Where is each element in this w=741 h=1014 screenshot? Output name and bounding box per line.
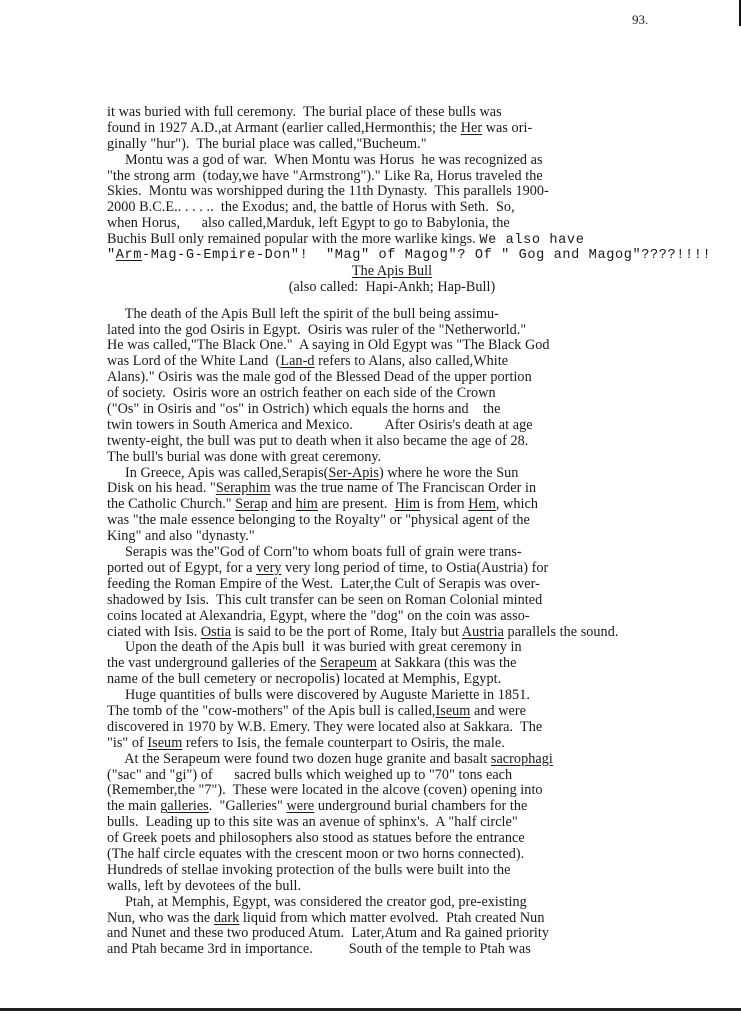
text-segment: is from bbox=[420, 496, 468, 512]
text-segment: -Mag-G-Empire-Don"! "Mag" of Magog"? Of … bbox=[142, 248, 711, 263]
text-segment: underground burial chambers for the bbox=[314, 798, 527, 814]
text-segment: and were bbox=[470, 703, 526, 719]
text-segment: walls, left by devotees of the bull. bbox=[107, 878, 301, 894]
text-line: walls, left by devotees of the bull. bbox=[107, 879, 737, 895]
text-segment: Hundreds of stellae invoking protection … bbox=[107, 862, 511, 878]
text-segment: are present. bbox=[318, 496, 395, 512]
underlined-term: Iseum bbox=[435, 703, 470, 719]
text-line: Skies. Montu was worshipped during the 1… bbox=[107, 184, 737, 200]
text-line: of society. Osiris wore an ostrich feath… bbox=[107, 386, 737, 402]
text-line: the vast underground galleries of the Se… bbox=[107, 656, 737, 672]
text-segment: it was buried with full ceremony. The bu… bbox=[107, 104, 502, 120]
underlined-term: Arm bbox=[116, 248, 142, 263]
text-line: ("Os" in Osiris and "os" in Ostrich) whi… bbox=[107, 402, 737, 418]
underlined-term: Ser-Apis bbox=[328, 465, 379, 481]
text-line: Nun, who was the dark liquid from which … bbox=[107, 911, 737, 927]
text-segment: was Lord of the White Land ( bbox=[107, 353, 280, 369]
text-segment: at Sakkara (this was the bbox=[377, 655, 517, 671]
underlined-term: Hem bbox=[468, 496, 496, 512]
text-line: found in 1927 A.D.,at Armant (earlier ca… bbox=[107, 121, 737, 137]
text-segment: ) where he wore the Sun bbox=[379, 465, 518, 481]
text-segment: (also called: Hapi-Ankh; Hap-Bull) bbox=[289, 279, 496, 295]
text-line: ciated with Isis. Ostia is said to be th… bbox=[107, 625, 737, 641]
text-line: ("sac" and "gi") of sacred bulls which w… bbox=[107, 768, 737, 784]
text-segment: We also have bbox=[479, 233, 584, 248]
underlined-term: Iseum bbox=[147, 735, 182, 751]
text-segment: ginally "hur"). The burial place was cal… bbox=[107, 136, 427, 152]
text-line: Huge quantities of bulls were discovered… bbox=[107, 688, 737, 704]
text-segment: name of the bull cemetery or necropolis)… bbox=[107, 671, 501, 687]
text-segment: refers to Alans, also called,White bbox=[315, 353, 509, 369]
text-segment: twenty-eight, the bull was put to death … bbox=[107, 433, 528, 449]
text-line: feeding the Roman Empire of the West. La… bbox=[107, 577, 737, 593]
text-line: In Greece, Apis was called,Serapis(Ser-A… bbox=[107, 466, 737, 482]
text-line: At the Serapeum were found two dozen hug… bbox=[107, 752, 737, 768]
underlined-term: Him bbox=[395, 496, 420, 512]
text-segment: very long period of time, to Ostia(Austr… bbox=[282, 560, 549, 576]
text-line: The death of the Apis Bull left the spir… bbox=[107, 307, 737, 323]
text-line: He was called,"The Black One." A saying … bbox=[107, 338, 737, 354]
text-segment: Upon the death of the Apis bull it was b… bbox=[107, 639, 522, 655]
text-segment: "is" of bbox=[107, 735, 147, 751]
text-line: Ptah, at Memphis, Egypt, was considered … bbox=[107, 895, 737, 911]
text-segment: twin towers in South America and Mexico.… bbox=[107, 417, 533, 433]
text-segment: (Remember,the "7"). These were located i… bbox=[107, 782, 543, 798]
section-heading: (also called: Hapi-Ankh; Hap-Bull) bbox=[107, 280, 737, 296]
text-segment: The bull's burial was done with great ce… bbox=[107, 449, 381, 465]
text-segment: Ptah, at Memphis, Egypt, was considered … bbox=[107, 894, 527, 910]
text-segment: found in 1927 A.D.,at Armant (earlier ca… bbox=[107, 120, 461, 136]
text-segment: (The half circle equates with the cresce… bbox=[107, 846, 524, 862]
page-number: 93. bbox=[632, 12, 648, 28]
text-line: twenty-eight, the bull was put to death … bbox=[107, 434, 737, 450]
text-segment: In Greece, Apis was called,Serapis( bbox=[107, 465, 328, 481]
underlined-term: Austria bbox=[462, 624, 504, 640]
text-line: coins located at Alexandria, Egypt, wher… bbox=[107, 609, 737, 625]
text-segment: the main bbox=[107, 798, 160, 814]
underlined-term: Lan-d bbox=[280, 353, 314, 369]
text-line: (Remember,the "7"). These were located i… bbox=[107, 783, 737, 799]
text-segment: ciated with Isis. bbox=[107, 624, 201, 640]
text-segment: is said to be the port of Rome, Italy bu… bbox=[231, 624, 462, 640]
text-line: the main galleries. "Galleries" were und… bbox=[107, 799, 737, 815]
text-segment: Skies. Montu was worshipped during the 1… bbox=[107, 183, 549, 199]
text-segment: ported out of Egypt, for a bbox=[107, 560, 256, 576]
text-line: and Ptah became 3rd in importance. South… bbox=[107, 942, 737, 958]
underlined-term: Ostia bbox=[201, 624, 231, 640]
text-segment: The death of the Apis Bull left the spir… bbox=[107, 306, 499, 322]
text-line: Hundreds of stellae invoking protection … bbox=[107, 863, 737, 879]
text-line: discovered in 1970 by W.B. Emery. They w… bbox=[107, 720, 737, 736]
text-line: The bull's burial was done with great ce… bbox=[107, 450, 737, 466]
text-line: "the strong arm (today,we have "Armstron… bbox=[107, 169, 737, 185]
text-line: Serapis was the"God of Corn"to whom boat… bbox=[107, 545, 737, 561]
text-line: shadowed by Isis. This cult transfer can… bbox=[107, 593, 737, 609]
scan-bottom-rule bbox=[0, 1008, 741, 1011]
text-segment: Huge quantities of bulls were discovered… bbox=[107, 687, 530, 703]
text-segment: The tomb of the "cow-mothers" of the Api… bbox=[107, 703, 435, 719]
text-segment: Montu was a god of war. When Montu was H… bbox=[107, 152, 543, 168]
text-segment: "the strong arm (today,we have "Armstron… bbox=[107, 168, 543, 184]
text-line: "is" of Iseum refers to Isis, the female… bbox=[107, 736, 737, 752]
text-segment: . "Galleries" bbox=[209, 798, 287, 814]
text-segment: feeding the Roman Empire of the West. La… bbox=[107, 576, 540, 592]
text-line: The tomb of the "cow-mothers" of the Api… bbox=[107, 704, 737, 720]
text-segment: ("Os" in Osiris and "os" in Ostrich) whi… bbox=[107, 401, 501, 417]
underlined-term: The Apis Bull bbox=[352, 263, 432, 279]
text-line: the Catholic Church." Serap and him are … bbox=[107, 497, 737, 513]
text-line: twin towers in South America and Mexico.… bbox=[107, 418, 737, 434]
text-segment: was "the male essence belonging to the R… bbox=[107, 512, 530, 528]
underlined-term: Serapeum bbox=[320, 655, 377, 671]
text-segment: , which bbox=[496, 496, 538, 512]
text-segment: He was called,"The Black One." A saying … bbox=[107, 337, 550, 353]
text-line: Buchis Bull only remained popular with t… bbox=[107, 232, 737, 248]
text-line: Alans)." Osiris was the male god of the … bbox=[107, 370, 737, 386]
document-body: it was buried with full ceremony. The bu… bbox=[107, 105, 737, 958]
text-line: ginally "hur"). The burial place was cal… bbox=[107, 137, 737, 153]
text-segment: Buchis Bull only remained popular with t… bbox=[107, 231, 479, 247]
text-line: Disk on his head. "Seraphim was the true… bbox=[107, 481, 737, 497]
text-segment: lated into the god Osiris in Egypt. Osir… bbox=[107, 322, 526, 338]
text-line: King" and also "dynasty." bbox=[107, 529, 737, 545]
underlined-term: Seraphim bbox=[216, 480, 271, 496]
text-segment: refers to Isis, the female counterpart t… bbox=[182, 735, 505, 751]
text-segment: and Ptah became 3rd in importance. South… bbox=[107, 941, 531, 957]
text-line: Upon the death of the Apis bull it was b… bbox=[107, 640, 737, 656]
text-line: lated into the god Osiris in Egypt. Osir… bbox=[107, 323, 737, 339]
text-segment: and Nunet and these two produced Atum. L… bbox=[107, 925, 549, 941]
text-line: "Arm-Mag-G-Empire-Don"! "Mag" of Magog"?… bbox=[107, 248, 737, 264]
text-segment: and bbox=[268, 496, 296, 512]
text-segment: 2000 B.C.E.. . . . .. the Exodus; and, t… bbox=[107, 199, 515, 215]
text-line: was "the male essence belonging to the R… bbox=[107, 513, 737, 529]
text-segment: ("sac" and "gi") of sacred bulls which w… bbox=[107, 767, 512, 783]
underlined-term: were bbox=[287, 798, 315, 814]
text-segment: of society. Osiris wore an ostrich feath… bbox=[107, 385, 496, 401]
underlined-term: Serap bbox=[235, 496, 268, 512]
text-segment: Disk on his head. " bbox=[107, 480, 216, 496]
text-line: when Horus, also called,Marduk, left Egy… bbox=[107, 216, 737, 232]
text-segment: King" and also "dynasty." bbox=[107, 528, 255, 544]
text-segment: Alans)." Osiris was the male god of the … bbox=[107, 369, 532, 385]
text-line: ported out of Egypt, for a very very lon… bbox=[107, 561, 737, 577]
underlined-term: dark bbox=[214, 910, 239, 926]
text-segment: when Horus, also called,Marduk, left Egy… bbox=[107, 215, 510, 231]
text-line: 2000 B.C.E.. . . . .. the Exodus; and, t… bbox=[107, 200, 737, 216]
text-segment: shadowed by Isis. This cult transfer can… bbox=[107, 592, 542, 608]
text-segment: At the Serapeum were found two dozen hug… bbox=[107, 751, 491, 767]
text-line: (The half circle equates with the cresce… bbox=[107, 847, 737, 863]
underlined-term: galleries bbox=[160, 798, 209, 814]
section-heading: The Apis Bull bbox=[107, 264, 737, 280]
text-segment: the Catholic Church." bbox=[107, 496, 235, 512]
text-segment: liquid from which matter evolved. Ptah c… bbox=[239, 910, 544, 926]
text-line: of Greek poets and philosophers also sto… bbox=[107, 831, 737, 847]
text-segment: bulls. Leading up to this site was an av… bbox=[107, 814, 518, 830]
text-line: name of the bull cemetery or necropolis)… bbox=[107, 672, 737, 688]
text-segment: Serapis was the"God of Corn"to whom boat… bbox=[107, 544, 522, 560]
text-segment: coins located at Alexandria, Egypt, wher… bbox=[107, 608, 530, 624]
text-segment: " bbox=[107, 248, 116, 263]
text-line: Montu was a god of war. When Montu was H… bbox=[107, 153, 737, 169]
text-segment: was the true name of The Franciscan Orde… bbox=[271, 480, 537, 496]
text-segment: parallels the sound. bbox=[504, 624, 619, 640]
text-line: and Nunet and these two produced Atum. L… bbox=[107, 926, 737, 942]
underlined-term: him bbox=[296, 496, 318, 512]
text-segment: of Greek poets and philosophers also sto… bbox=[107, 830, 525, 846]
text-segment: discovered in 1970 by W.B. Emery. They w… bbox=[107, 719, 542, 735]
text-segment: was ori- bbox=[482, 120, 532, 136]
text-segment: Nun, who was the bbox=[107, 910, 214, 926]
underlined-term: Her bbox=[461, 120, 482, 136]
text-line: it was buried with full ceremony. The bu… bbox=[107, 105, 737, 121]
underlined-term: sacrophagi bbox=[491, 751, 553, 767]
text-line: bulls. Leading up to this site was an av… bbox=[107, 815, 737, 831]
text-line: was Lord of the White Land (Lan-d refers… bbox=[107, 354, 737, 370]
underlined-term: very bbox=[256, 560, 281, 576]
text-segment: the vast underground galleries of the bbox=[107, 655, 320, 671]
